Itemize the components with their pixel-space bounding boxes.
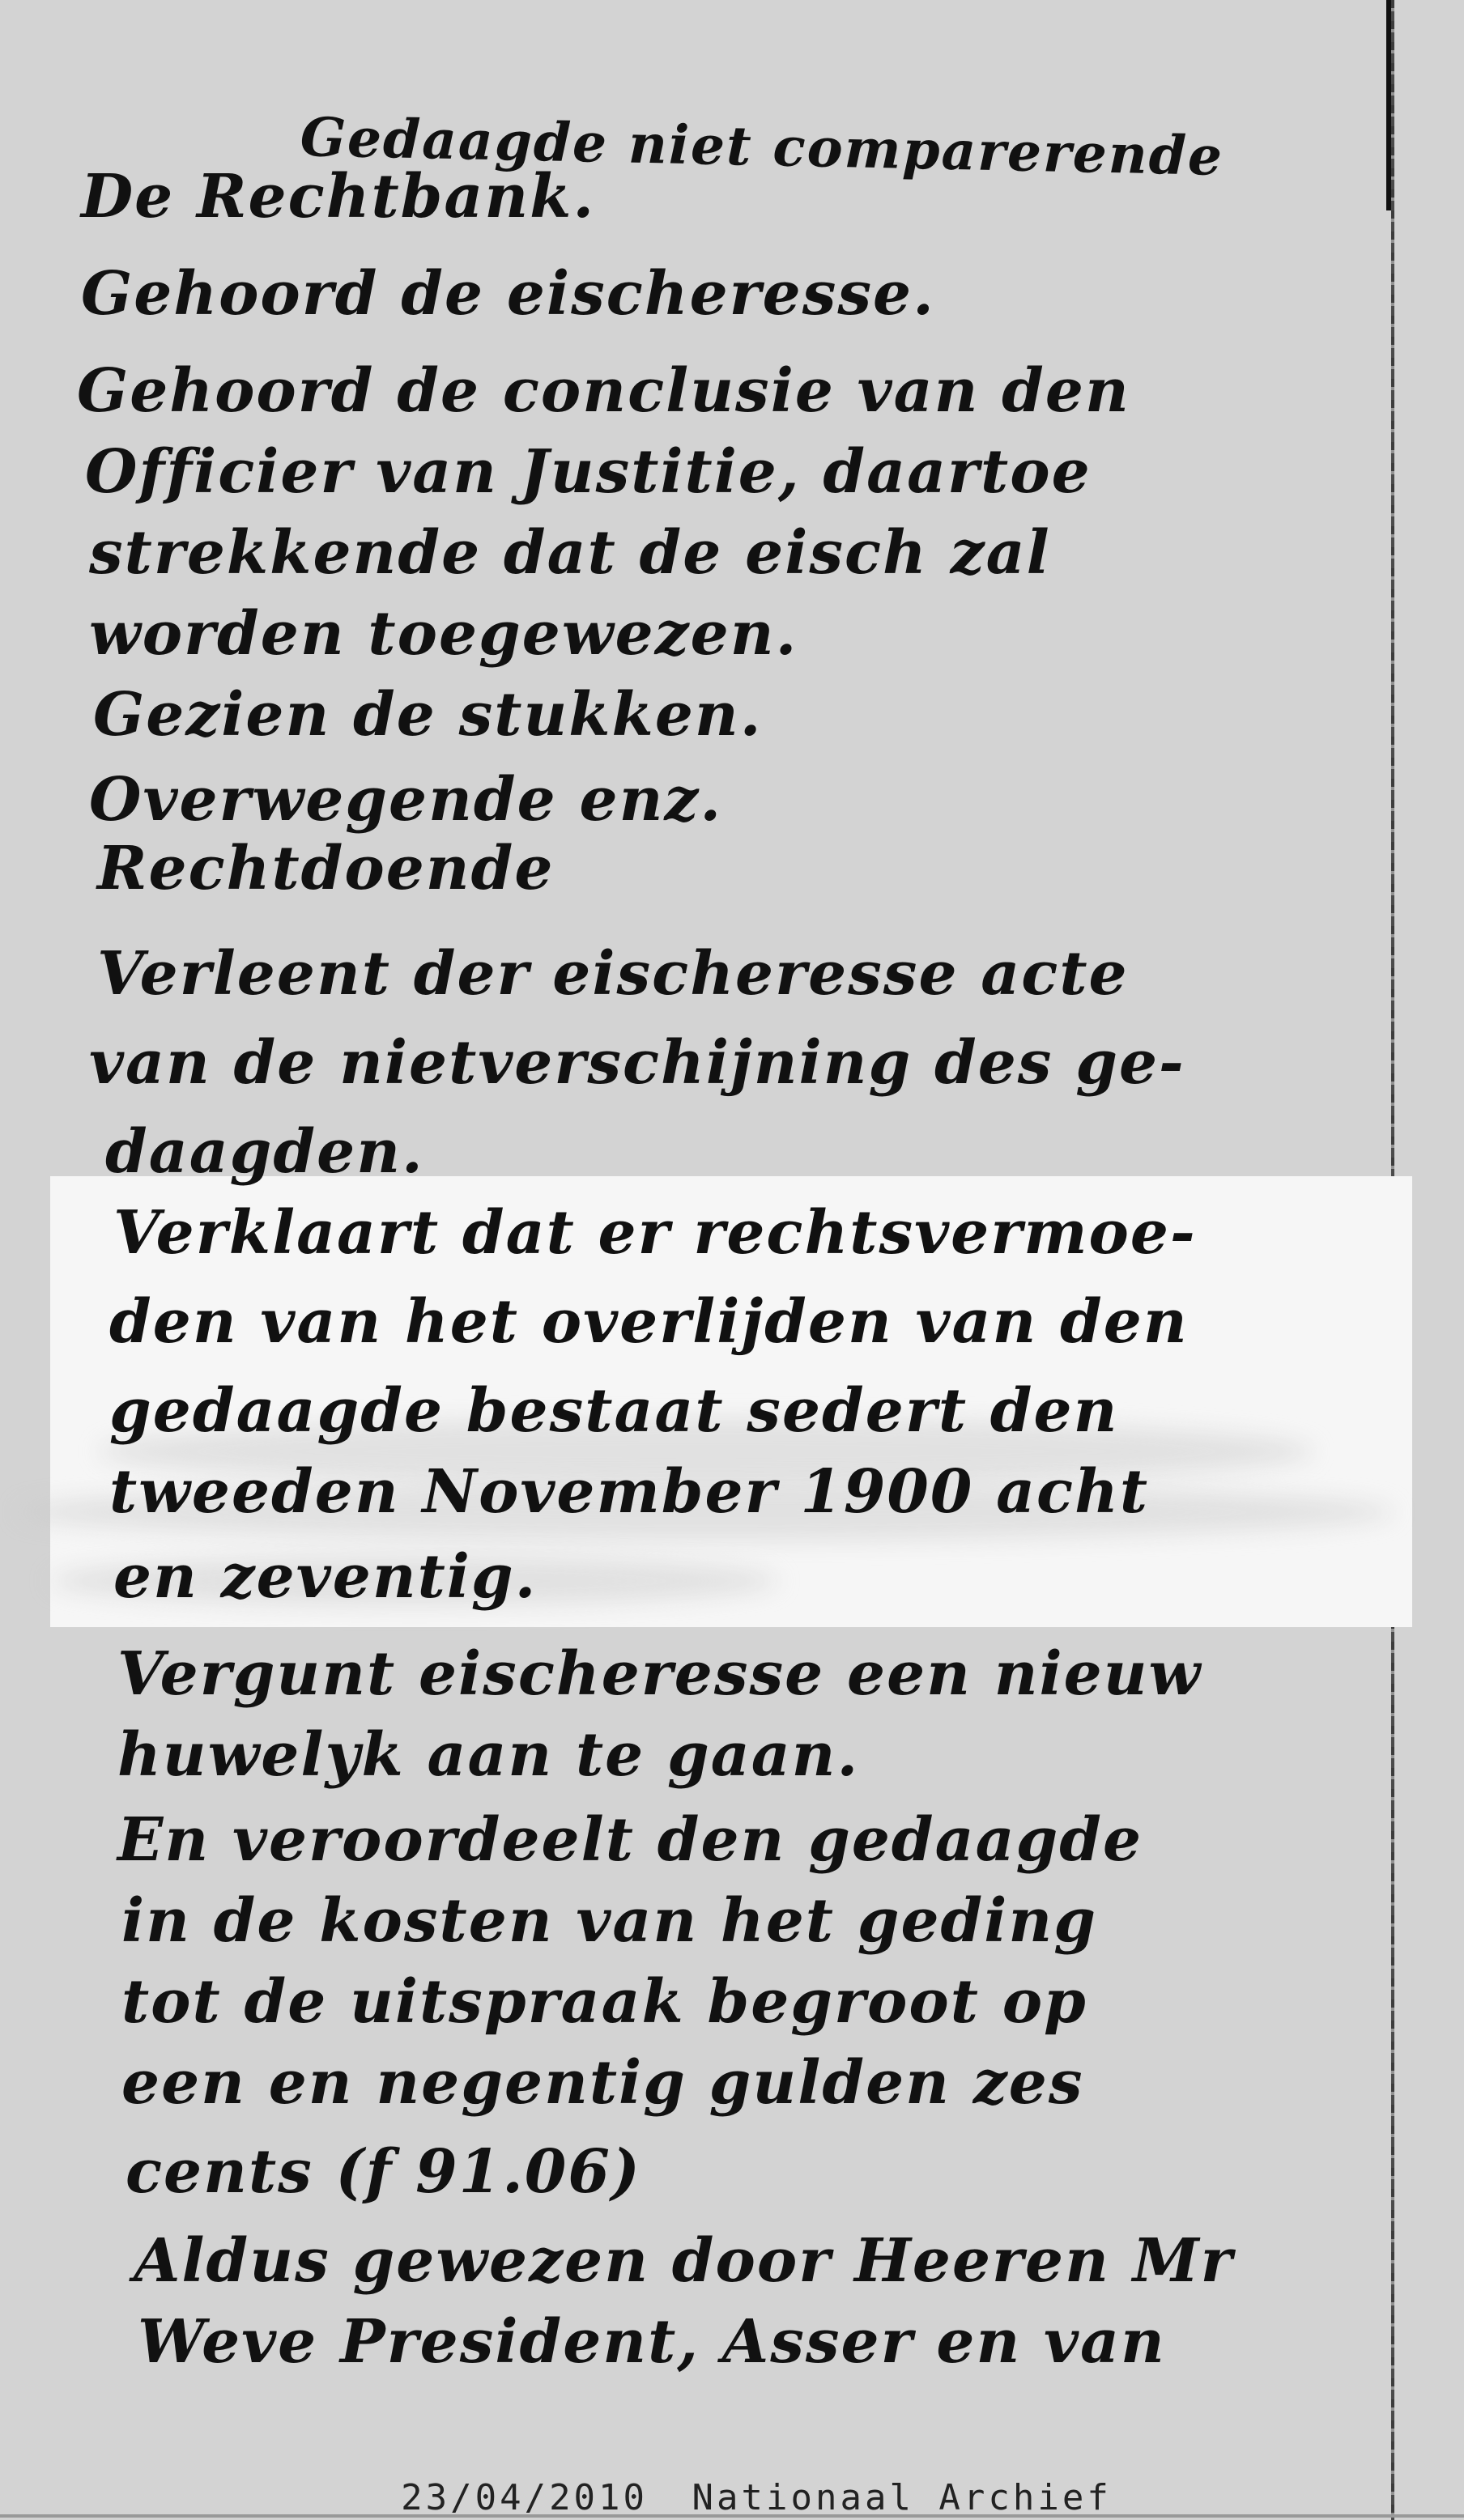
doc-line: Overwegende enz. bbox=[89, 765, 722, 835]
doc-line: Rechtdoende bbox=[97, 834, 554, 903]
doc-line: huwelyk aan te gaan. bbox=[117, 1720, 859, 1790]
doc-line: van de nietverschijning des ge- bbox=[89, 1028, 1185, 1098]
footer-archive-name: Nationaal Archief bbox=[692, 2477, 1112, 2518]
doc-line: Officier van Justitie, daartoe bbox=[85, 437, 1092, 507]
doc-line: cents (f 91.06) bbox=[126, 2137, 641, 2207]
archive-footer: 23/04/2010 Nationaal Archief bbox=[0, 2477, 1464, 2518]
doc-line: Weve President, Asser en van bbox=[138, 2307, 1166, 2377]
doc-line: Gehoord de conclusie van den bbox=[77, 356, 1130, 426]
bottom-edge bbox=[0, 2514, 1464, 2518]
doc-line: daagden. bbox=[105, 1117, 424, 1187]
doc-line: De Rechtbank. bbox=[81, 162, 595, 232]
doc-line: worden toegewezen. bbox=[89, 599, 798, 669]
doc-line: tot de uitspraak begroot op bbox=[121, 1967, 1087, 2037]
doc-line: Verklaart dat er rechtsvermoe- bbox=[113, 1198, 1197, 1268]
doc-line: den van het overlijden van den bbox=[109, 1287, 1189, 1357]
doc-line: En veroordeelt den gedaagde bbox=[117, 1805, 1143, 1875]
doc-line: strekkende dat de eisch zal bbox=[89, 518, 1051, 588]
doc-line: in de kosten van het geding bbox=[121, 1886, 1097, 1956]
doc-line: een en negentig gulden zes bbox=[121, 2048, 1084, 2118]
scanned-document-page: Gedaagde niet comparerende De Rechtbank.… bbox=[0, 0, 1464, 2520]
doc-line: tweeden November 1900 acht bbox=[109, 1457, 1149, 1527]
doc-line: Aldus gewezen door Heeren Mr bbox=[134, 2226, 1234, 2296]
doc-line: Gezien de stukken. bbox=[93, 680, 762, 750]
doc-line: Gehoord de eischeresse. bbox=[81, 259, 935, 329]
doc-line: en zeventig. bbox=[113, 1542, 537, 1612]
doc-line: Vergunt eischeresse een nieuw bbox=[117, 1639, 1202, 1709]
doc-line: gedaagde bestaat sedert den bbox=[109, 1376, 1118, 1446]
doc-line: Verleent der eischeresse acte bbox=[97, 939, 1129, 1009]
footer-date: 23/04/2010 bbox=[401, 2477, 648, 2518]
